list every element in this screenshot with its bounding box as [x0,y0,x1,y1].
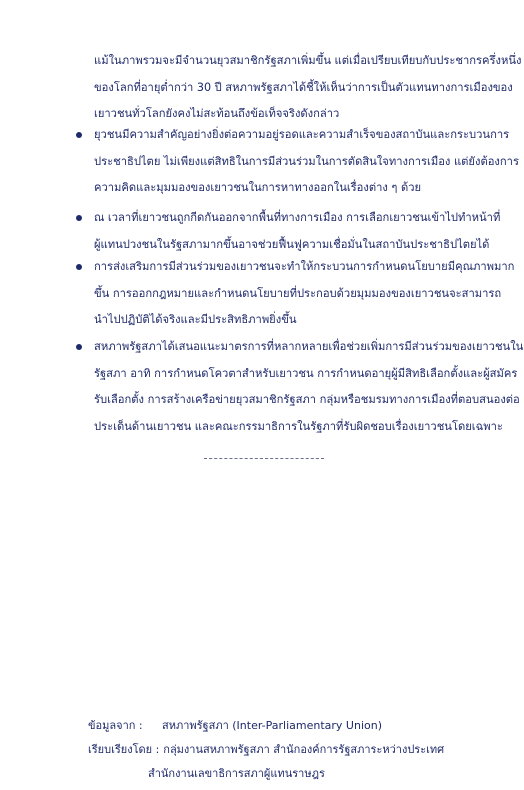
bullet-line: ประชาธิปไตย ไม่เพียงแต่สิทธิในการมีส่วนร… [94,149,519,176]
compiled-value-2: สำนักงานเลขาธิการสภาผู้แทนราษฎร [148,762,325,786]
source-label: ข้อมูลจาก : [88,714,162,738]
bullet-icon [76,344,82,350]
bullet-icon [76,215,82,221]
bullet-line: การส่งเสริมการมีส่วนร่วมของเยาวชนจะทำให้… [94,254,514,281]
intro-paragraph: แม้ในภาพรวมจะมีจำนวนยุวสมาชิกรัฐสภาเพิ่ม… [94,48,514,128]
footer-credits: ข้อมูลจาก : สหภาพรัฐสภา (Inter-Parliamen… [88,714,444,786]
bullet-line: ขึ้น การออกกฎหมายและกำหนดนโยบายที่ประกอบ… [94,281,514,308]
intro-line: ของโลกที่อายุต่ำกว่า 30 ปี สหภาพรัฐสภาได… [94,75,514,102]
section-divider [204,458,324,459]
bullet-line: สหภาพรัฐสภาได้เสนอแนะมาตรการที่หลากหลายเ… [94,334,523,361]
bullet-icon [76,132,82,138]
bullet-line: ประเด็นด้านเยาวชน และคณะกรรมาธิการในรัฐภ… [94,414,523,441]
bullet-line: ยุวชนมีความสำคัญอย่างยิ่งต่อความอยู่รอดแ… [94,122,519,149]
bullet-line: รับเลือกตั้ง การสร้างเครือข่ายยุวสมาชิกร… [94,387,523,414]
compiled-label: เรียบเรียงโดย : [88,738,159,762]
intro-line: แม้ในภาพรวมจะมีจำนวนยุวสมาชิกรัฐสภาเพิ่ม… [94,48,514,75]
compiled-value: กลุ่มงานสหภาพรัฐสภา สำนักองค์การรัฐสภาระ… [163,738,444,762]
bullet-line: นำไปปฏิบัติได้จริงและมีประสิทธิภาพยิ่งขึ… [94,307,514,334]
source-value: สหภาพรัฐสภา (Inter-Parliamentary Union) [162,714,382,738]
bullet-line: รัฐสภา อาทิ การกำหนดโควตาสำหรับเยาวชน กา… [94,361,523,388]
bullet-line: ณ เวลาที่เยาวชนถูกกีดกันออกจากพื้นที่ทาง… [94,205,500,232]
bullet-line: ความคิดและมุมมองของเยาวชนในการหาทางออกใน… [94,175,519,202]
bullet-icon [76,264,82,270]
